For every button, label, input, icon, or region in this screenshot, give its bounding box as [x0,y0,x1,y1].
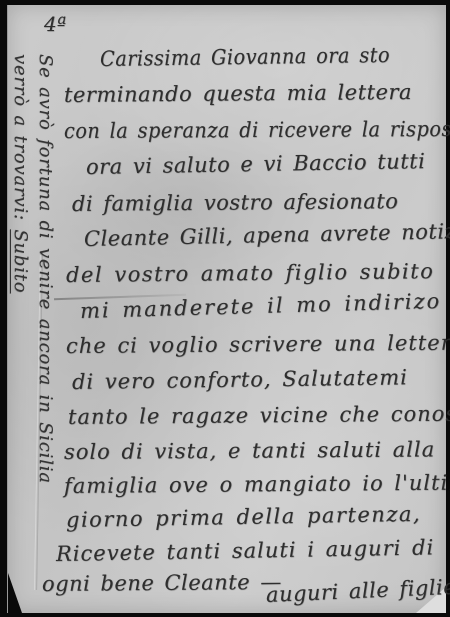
letter-line: famiglia ove o mangiato io l'ultimo [64,470,450,498]
letter-line: di famiglia vostro afesionato [72,189,399,216]
scan-shadow-corner [8,573,22,613]
page-number: 4ª [44,12,66,36]
scan-black-frame: 4ª Se avrò fortuna di venire ancora in S… [0,0,450,617]
letter-line: di vero conforto, Salutatemi [72,365,408,394]
letter-line: con la speranza di ricevere la risposta, [64,117,450,143]
letter-line: del vostro amato figlio subito [66,259,435,287]
margin-note-line-1: Se avrò fortuna di venire ancora in Sici… [33,54,58,524]
letter-line: che ci voglio scrivere una lettera [66,331,450,358]
letter-line: Carissima Giovanna ora sto [100,43,390,71]
letter-line: terminando questa mia lettera [64,80,412,107]
letter-line: ogni bene Cleante — [42,570,282,596]
margin-note-line-2-text: verrò a trovarvi: [10,54,31,229]
margin-note-line-2: verrò a trovarvi: Subito [8,54,33,524]
margin-note: Se avrò fortuna di venire ancora in Sici… [8,38,58,524]
letter-line: tanto le ragaze vicine che conosco [68,401,450,429]
letter-line: solo di vista, e tanti saluti alla [64,437,435,464]
margin-note-underlined-word: Subito [10,229,31,293]
